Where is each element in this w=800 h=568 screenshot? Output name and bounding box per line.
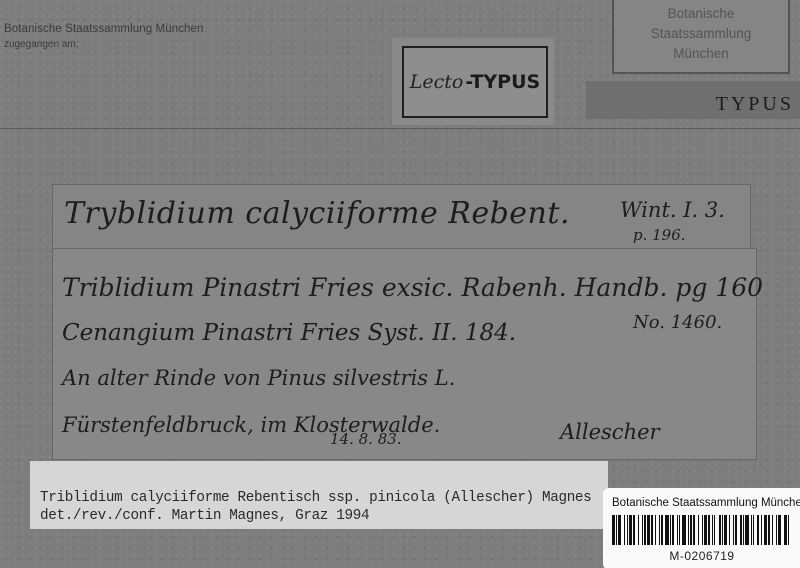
herbarium-stamp-line1: Botanische	[614, 4, 788, 24]
barcode-bar	[778, 515, 780, 545]
barcode-bar	[753, 515, 754, 545]
handwritten-date: 14. 8. 83.	[330, 430, 402, 448]
barcode-bar	[788, 515, 789, 545]
barcode-bar	[690, 515, 692, 545]
barcode-bar	[661, 515, 663, 545]
barcode-bar	[612, 515, 615, 545]
barcode-bar	[659, 515, 660, 545]
barcode-bar	[729, 515, 730, 545]
handwritten-reference: Wint. I. 3.	[620, 198, 725, 222]
barcode-bar	[768, 515, 770, 545]
barcode-bar	[735, 515, 737, 545]
barcode-bar	[712, 515, 713, 545]
barcode-bar	[638, 515, 639, 545]
typus-band-text: TYPUS	[716, 93, 794, 116]
lectotype-label: Lecto -TYPUS	[402, 46, 548, 118]
barcode-bar	[772, 515, 773, 545]
barcode-bar	[655, 515, 656, 545]
barcode-bar	[764, 515, 767, 545]
barcode-bar	[642, 515, 643, 545]
determination-credit: det./rev./conf. Martin Magnes, Graz 1994	[40, 507, 591, 525]
barcode-bar	[751, 515, 752, 545]
barcode-bar	[740, 515, 742, 545]
barcode-institution: Botanische Staatssammlung München	[612, 497, 800, 509]
barcode-bar	[724, 515, 727, 545]
receipt-stamp: Botanische Staatssammlung München zugega…	[4, 22, 204, 52]
handwritten-reference-page: p. 196.	[633, 226, 686, 244]
barcode-accession-number: M-0206719	[612, 549, 792, 563]
determination-text: Triblidium calyciiforme Rebentisch ssp. …	[40, 489, 591, 525]
barcode-bar	[629, 515, 632, 545]
barcode-bar	[627, 515, 628, 545]
barcode-bar	[761, 515, 762, 545]
barcode-bar	[647, 515, 650, 545]
barcode-bar	[651, 515, 652, 545]
barcode-bar	[677, 515, 678, 545]
barcode-icon	[612, 515, 792, 545]
barcode-bar	[714, 515, 715, 545]
barcode-bar	[698, 515, 699, 545]
herbarium-stamp-line2: Staatssammlung	[614, 24, 788, 44]
barcode-bar	[665, 515, 668, 545]
herbarium-stamp-line3: München	[614, 44, 788, 64]
barcode-bar	[745, 515, 748, 545]
receipt-stamp-institution: Botanische Staatssammlung München	[4, 22, 204, 37]
handwritten-collector: Allescher	[560, 420, 660, 444]
handwritten-exsiccata-number: No. 1460.	[633, 312, 722, 333]
barcode-bar	[757, 515, 759, 545]
handwritten-taxon-name: Tryblidium calyciiforme Rebent.	[64, 196, 570, 231]
handwritten-substrate: An alter Rinde von Pinus silvestris L.	[62, 366, 455, 390]
barcode-bar	[733, 515, 734, 545]
lectotype-handwritten: Lecto	[410, 71, 464, 93]
barcode-bar	[624, 515, 625, 545]
herbarium-stamp: Botanische Staatssammlung München	[612, 0, 790, 74]
barcode-bar	[679, 515, 680, 545]
barcode-bar	[702, 515, 703, 545]
handwritten-synonym-2: Cenangium Pinastri Fries Syst. II. 184.	[62, 320, 516, 346]
determination-name: Triblidium calyciiforme Rebentisch ssp. …	[40, 489, 591, 507]
barcode-bar	[784, 515, 787, 545]
barcode-bar	[670, 515, 671, 545]
barcode-bar	[633, 515, 635, 545]
barcode-bar	[644, 515, 646, 545]
barcode-bar	[708, 515, 710, 545]
barcode-bar	[722, 515, 723, 545]
barcode-bar	[682, 515, 685, 545]
barcode-bar	[719, 515, 721, 545]
barcode-bar	[743, 515, 744, 545]
barcode-bar	[693, 515, 695, 545]
barcode-bar	[616, 515, 617, 545]
barcode-bar	[618, 515, 620, 545]
handwritten-synonym-1: Triblidium Pinastri Fries exsic. Rabenh.…	[62, 273, 763, 302]
barcode-bar	[704, 515, 707, 545]
divider-line	[0, 128, 800, 129]
barcode-bar	[776, 515, 777, 545]
barcode-bar	[688, 515, 689, 545]
barcode-bar	[672, 515, 674, 545]
receipt-stamp-received: zugegangen am:	[4, 37, 204, 52]
lectotype-printed: -TYPUS	[465, 71, 540, 93]
